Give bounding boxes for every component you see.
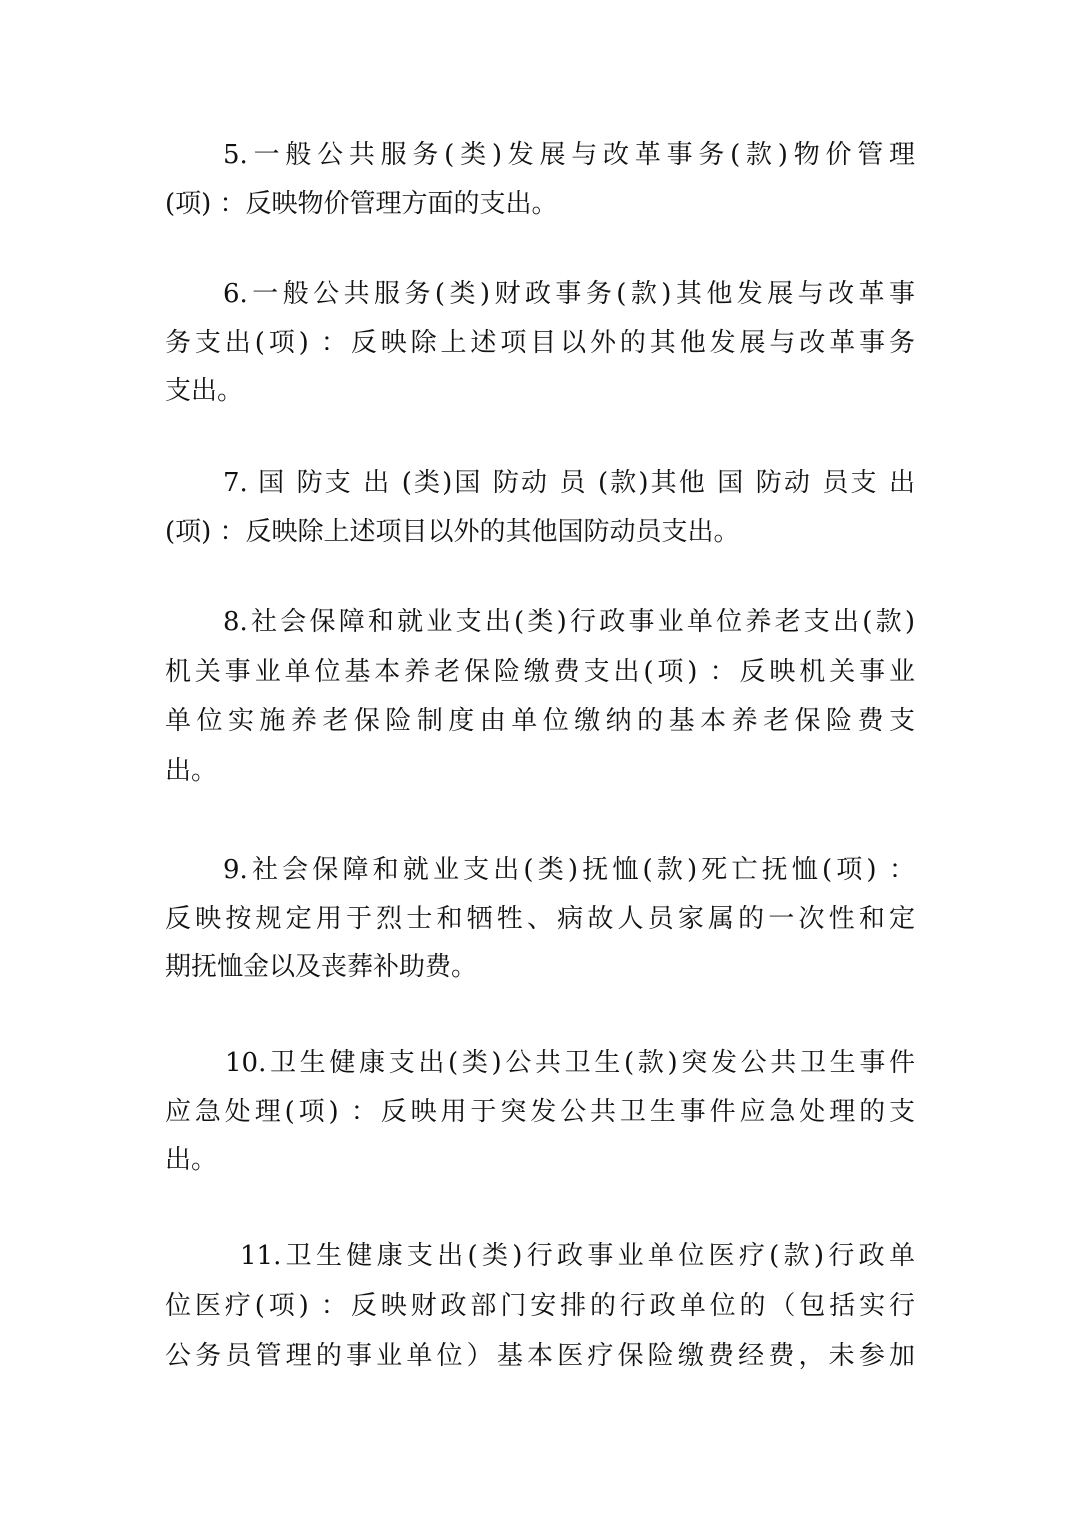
paragraph-item-9: 9.社会保障和就业支出(类)抚恤(款)死亡抚恤(项) ： 反映按规定用于烈士和牺… [165,846,915,992]
paragraph-line: 10.卫生健康支出(类)公共卫生(款)突发公共卫生事件 [165,1039,915,1088]
paragraph-line: 单位实施养老保险制度由单位缴纳的基本养老保险费支 [165,697,915,747]
paragraph-line: 应急处理(项) ：反映用于突发公共卫生事件应急处理的支 [165,1088,915,1137]
paragraph-line: 7. 国 防支 出 (类)国 防动 员 (款)其他 国 防动 员支 出 [165,459,915,508]
paragraph-line: 支出。 [165,367,915,416]
paragraph-line: 出。 [165,747,915,797]
paragraph-line: 反映按规定用于烈士和牺牲、病故人员家属的一次性和定 [165,895,915,944]
paragraph-line: 11.卫生健康支出(类)行政事业单位医疗(款)行政单 [165,1231,915,1281]
paragraph-line: 公务员管理的事业单位）基本医疗保险缴费经费，未参加 [165,1331,915,1381]
document-page: 5.一般公共服务(类)发展与改革事务(款)物价管理 (项) ：反映物价管理方面的… [0,0,1075,1521]
paragraph-line: 期抚恤金以及丧葬补助费。 [165,943,915,992]
paragraph-line: 出。 [165,1136,915,1185]
paragraph-line: 机关事业单位基本养老保险缴费支出(项) ：反映机关事业 [165,648,915,698]
paragraph-line: 务支出(项) ：反映除上述项目以外的其他发展与改革事务 [165,319,915,368]
paragraph-line: (项) ：反映除上述项目以外的其他国防动员支出。 [165,508,915,557]
paragraph-item-5: 5.一般公共服务(类)发展与改革事务(款)物价管理 (项) ：反映物价管理方面的… [165,131,915,228]
paragraph-line: 6.一般公共服务(类)财政事务(款)其他发展与改革事 [165,270,915,319]
paragraph-item-8: 8.社会保障和就业支出(类)行政事业单位养老支出(款) 机关事业单位基本养老保险… [165,598,915,796]
paragraph-line: 5.一般公共服务(类)发展与改革事务(款)物价管理 [165,131,915,180]
paragraph-item-11: 11.卫生健康支出(类)行政事业单位医疗(款)行政单 位医疗(项) ：反映财政部… [165,1231,915,1381]
paragraph-line: (项) ：反映物价管理方面的支出。 [165,180,915,229]
paragraph-item-7: 7. 国 防支 出 (类)国 防动 员 (款)其他 国 防动 员支 出 (项) … [165,459,915,556]
paragraph-line: 8.社会保障和就业支出(类)行政事业单位养老支出(款) [165,598,915,648]
paragraph-item-6: 6.一般公共服务(类)财政事务(款)其他发展与改革事 务支出(项) ：反映除上述… [165,270,915,416]
paragraph-line: 9.社会保障和就业支出(类)抚恤(款)死亡抚恤(项) ： [165,846,915,895]
paragraph-item-10: 10.卫生健康支出(类)公共卫生(款)突发公共卫生事件 应急处理(项) ：反映用… [165,1039,915,1185]
paragraph-line: 位医疗(项) ：反映财政部门安排的行政单位的（包括实行 [165,1281,915,1331]
